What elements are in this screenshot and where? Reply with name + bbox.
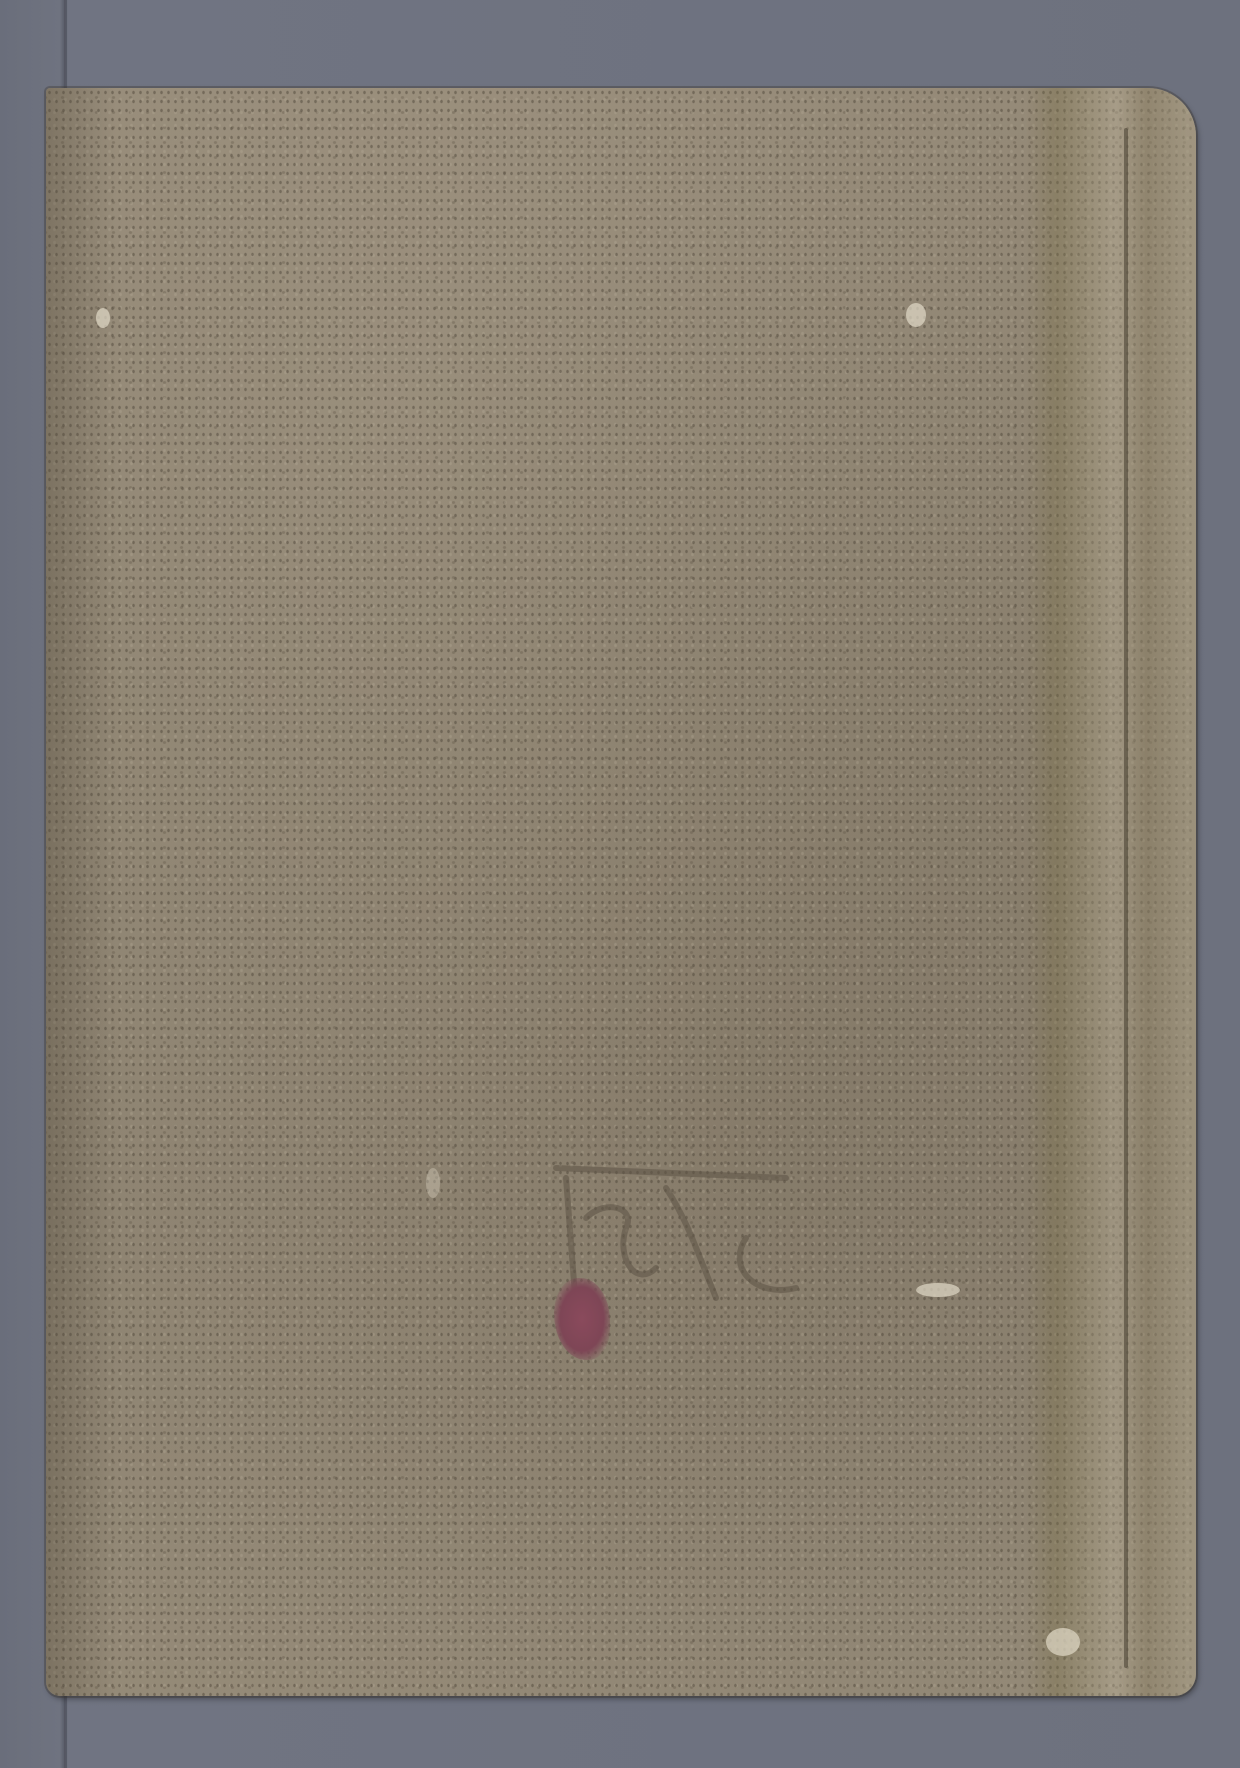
worn-spot [96,308,110,328]
worn-spot [906,303,926,327]
worn-spot [1046,1628,1080,1656]
spine-edge-wear [1026,88,1196,1696]
paper-texture [46,88,1196,1696]
worn-spot [916,1283,960,1297]
worn-spot [426,1168,440,1198]
left-edge-wear [46,88,116,1696]
book-cover [46,88,1196,1696]
spine-crease [1124,128,1128,1668]
